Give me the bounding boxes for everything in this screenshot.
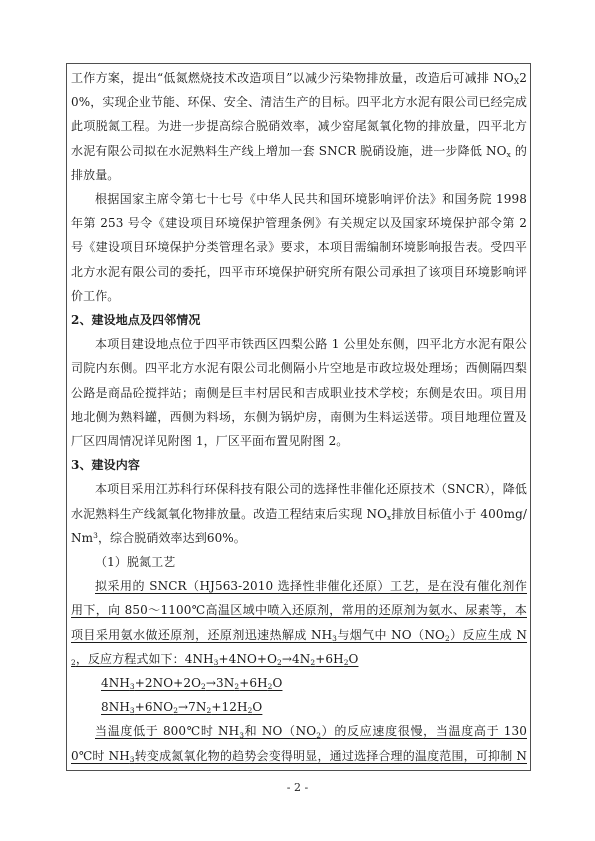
formula-2: 4NH3+2NO+2O2→3N2+6H2O	[71, 671, 527, 695]
heading-section-2: 2、建设地点及四邻情况	[71, 308, 527, 332]
document-page: 工作方案，提出“低氮燃烧技术改造项目”以减少污染物排放量，改造后可减排 NOX2…	[0, 0, 595, 841]
document-body: 工作方案，提出“低氮燃烧技术改造项目”以减少污染物排放量，改造后可减排 NOX2…	[71, 66, 527, 771]
para-intro-continuation: 工作方案，提出“低氮燃烧技术改造项目”以减少污染物排放量，改造后可减排 NOX2…	[71, 66, 527, 187]
para-sncr-process: 拟采用的 SNCR（HJ563-2010 选择性非催化还原）工艺，是在没有催化剂…	[71, 574, 527, 671]
para-location: 本项目建设地点位于四平市铁西区四梨公路 1 公里处东侧，四平北方水泥有限公司院内…	[71, 332, 527, 453]
para-legal-basis: 根据国家主席令第七十七号《中华人民共和国环境影响评价法》和国务院 1998 年第…	[71, 187, 527, 308]
heading-section-3: 3、建设内容	[71, 453, 527, 477]
para-temperature-window: 当温度低于 800℃时 NH3和 NO（NO2）的反应速度很慢，当温度高于 13…	[71, 719, 527, 771]
page-number: - 2 -	[0, 781, 595, 794]
para-subheading-1: （1）脱氮工艺	[71, 550, 527, 574]
formula-3: 8NH3+6NO2→7N2+12H2O	[71, 695, 527, 719]
para-project-content: 本项目采用江苏科行环保科技有限公司的选择性非催化还原技术（SNCR），降低水泥熟…	[71, 477, 527, 550]
document-frame: 工作方案，提出“低氮燃烧技术改造项目”以减少污染物排放量，改造后可减排 NOX2…	[66, 63, 531, 771]
